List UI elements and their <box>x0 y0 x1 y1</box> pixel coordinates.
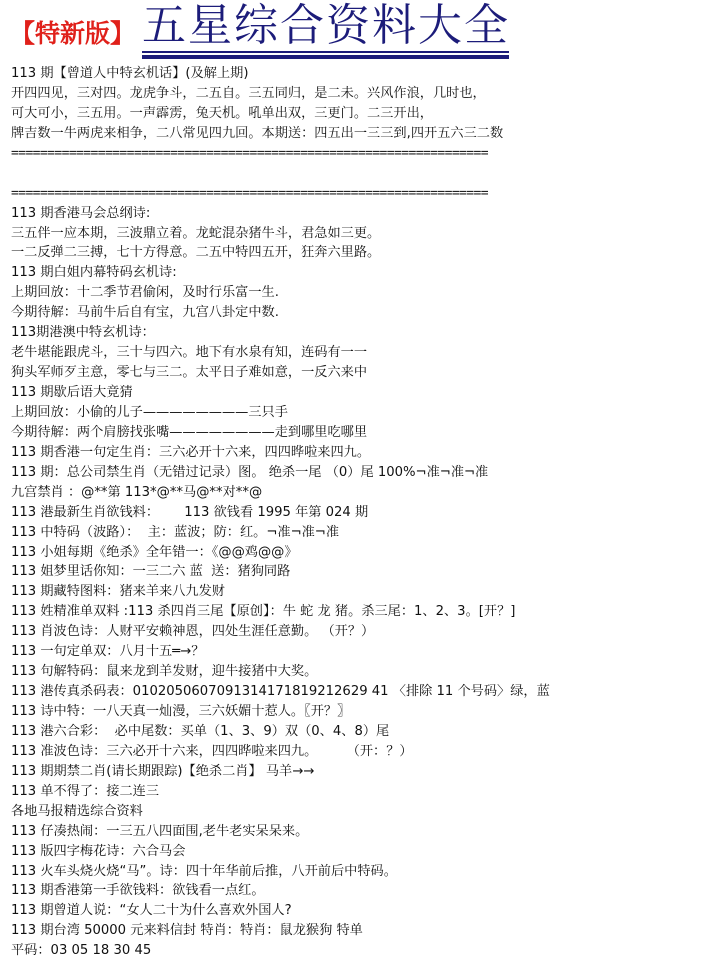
page-header: 【特新版】 五星综合资料大全 <box>0 0 702 64</box>
text-line: 113 小姐每期《绝杀》全年错一：《@@鸡@@》 <box>11 543 701 563</box>
text-line: 113 期香港一句定生肖：三六必开十六来，四四晔啦来四九。 <box>11 443 701 463</box>
text-line: 113 中特码（波路）： 主：蓝波；防：红。¬准¬准¬准 <box>11 523 701 543</box>
text-line: 113 期白姐内幕特码玄机诗: <box>11 263 701 283</box>
text-line: 113 单不得了：接二连三 <box>11 782 701 802</box>
text-line: 113 期曾道人说：“女人二十为什么喜欢外国人? <box>11 901 701 921</box>
text-line: 113 期期禁二肖(请长期跟踪)【绝杀二肖】 马羊→→ <box>11 762 701 782</box>
text-line: 开四四见，三对四。龙虎争斗，二五自。三五同归，是二未。兴风作浪，几时也， <box>11 84 701 104</box>
text-line: 113 港六合彩： 必中尾数：买单（1、3、9）双（0、4、8）尾 <box>11 722 701 742</box>
text-line: 113 港最新生肖欲钱料： 113 欲钱看 1995 年第 024 期 <box>11 503 701 523</box>
text-line: 113 期藏特图料：猪来羊来八九发财 <box>11 582 701 602</box>
text-line: 113 港传真杀码表：0102050607091314171819212629 … <box>11 682 701 702</box>
text-line: 113 期香港第一手欲钱料：欲钱看一点红。 <box>11 881 701 901</box>
text-line: 上期回放：十二季节君偷闲，及时行乐富一生. <box>11 283 701 303</box>
text-line: 三五伴一应本期，三波鼎立着。龙蛇混杂猪牛斗，君急如三更。 <box>11 224 701 244</box>
text-line: 牌吉数一牛两虎来相争，二八常见四九回。本期送：四五出一三三到,四开五六三二数 <box>11 124 701 144</box>
text-line: 113 期【曾道人中特玄机话】(及解上期) <box>11 64 701 84</box>
text-line: 113 一句定单双：八月十五═→？ <box>11 642 701 662</box>
text-line: 113 诗中特：一八天真一灿漫，三六妖媚十惹人。〖开？〗 <box>11 702 701 722</box>
text-line: 113 期歇后语大竟猜 <box>11 383 701 403</box>
title-underline <box>142 51 509 53</box>
blank-line <box>11 164 701 184</box>
text-line: 113 火车头烧火烧“马”。诗：四十年华前后推，八开前后中特码。 <box>11 862 701 882</box>
text-line: 113 版四字梅花诗：六合马会 <box>11 842 701 862</box>
text-line: 113 期：总公司禁生肖（无错过记录）图。 绝杀一尾 （0）尾 100%¬准¬准… <box>11 463 701 483</box>
text-line: 老牛堪能跟虎斗，三十与四六。地下有水泉有知，连码有一一 <box>11 343 701 363</box>
text-line: 113 姓精准单双料 :113 杀四肖三尾【原创】：牛 蛇 龙 猪。杀三尾：1、… <box>11 602 701 622</box>
title-underline-thick <box>142 55 509 59</box>
document-body: 113 期【曾道人中特玄机话】(及解上期) 开四四见，三对四。龙虎争斗，二五自。… <box>11 64 701 959</box>
text-line: 可大可小，三五用。一声霹雳，兔天机。吼单出双，三更门。二三开出， <box>11 104 701 124</box>
separator-line: ========================================… <box>11 184 543 204</box>
page-title: 五星综合资料大全 <box>142 0 510 52</box>
separator-line: ========================================… <box>11 144 543 164</box>
text-line: 今期待解：马前牛后自有宝，九宫八卦定中数. <box>11 303 701 323</box>
text-line: 各地马报精选综合资料 <box>11 802 701 822</box>
text-line: 九宫禁肖 ：@**第 113*@**马@**对**@ <box>11 483 701 503</box>
text-line: 113 句解特码：鼠来龙到羊发财，迎牛接猪中大奖。 <box>11 662 701 682</box>
text-line: 一二反弹二三搏，七十方得意。二五中特四五开，狂奔六里路。 <box>11 243 701 263</box>
text-line: 今期待解：两个肩膀找张嘴————————走到哪里吃哪里 <box>11 423 701 443</box>
text-line: 狗头军师歹主意，零七与三二。太平日子难如意，一反六来中 <box>11 363 701 383</box>
text-line: 113期港澳中特玄机诗： <box>11 323 701 343</box>
text-line: 113 准波色诗：三六必开十六来，四四晔啦来四九。 （开：？） <box>11 742 701 762</box>
text-line: 113 仔凑热闹：一三五八四面围,老牛老实呆呆来。 <box>11 822 701 842</box>
text-line: 平码：03 05 18 30 45 <box>11 941 701 959</box>
text-line: 上期回放：小偷的儿子————————三只手 <box>11 403 701 423</box>
text-line: 113 期台湾 50000 元来料信封 特肖：特肖：鼠龙猴狗 特单 <box>11 921 701 941</box>
text-line: 113 姐梦里话你知：一三二六 蓝 送：猪狗同路 <box>11 562 701 582</box>
edition-badge: 【特新版】 <box>10 14 135 50</box>
text-line: 113 期香港马会总纲诗: <box>11 204 701 224</box>
text-line: 113 肖波色诗：人财平安赖神恩，四处生涯任意勤。 （开？） <box>11 622 701 642</box>
